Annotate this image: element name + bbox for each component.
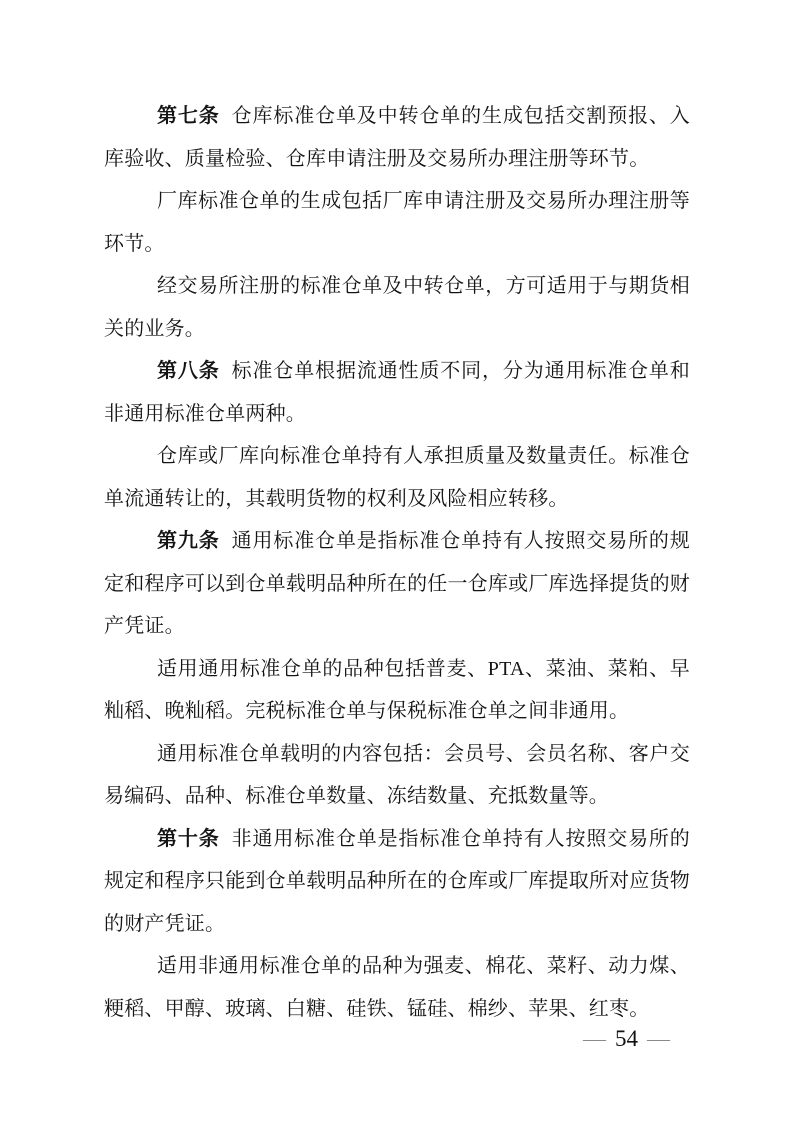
paragraph: 第九条通用标准仓单是指标准仓单持有人按照交易所的规定和程序可以到仓单载明品种所在…	[104, 520, 690, 648]
document-body: 第七条仓库标准仓单及中转仓单的生成包括交割预报、入库验收、质量检验、仓库申请注册…	[104, 95, 690, 1030]
paragraph: 厂库标准仓单的生成包括厂库申请注册及交易所办理注册等环节。	[104, 180, 690, 265]
paragraph-text: 仓库或厂库向标准仓单持有人承担质量及数量责任。标准仓单流通转让的，其载明货物的权…	[104, 445, 690, 510]
paragraph-text: 厂库标准仓单的生成包括厂库申请注册及交易所办理注册等环节。	[104, 190, 690, 255]
paragraph-text: 经交易所注册的标准仓单及中转仓单，方可适用于与期货相关的业务。	[104, 275, 690, 340]
article-number: 第九条	[157, 530, 220, 552]
page-footer: — 54 —	[583, 1026, 670, 1052]
article-number: 第十条	[157, 828, 220, 850]
paragraph: 适用通用标准仓单的品种包括普麦、PTA、菜油、菜粕、早籼稻、晚籼稻。完税标准仓单…	[104, 648, 690, 733]
footer-dash-right: —	[647, 1028, 670, 1050]
paragraph-text: 适用非通用标准仓单的品种为强麦、棉花、菜籽、动力煤、粳稻、甲醇、玻璃、白糖、硅铁…	[104, 955, 690, 1020]
paragraph: 第七条仓库标准仓单及中转仓单的生成包括交割预报、入库验收、质量检验、仓库申请注册…	[104, 95, 690, 180]
paragraph: 通用标准仓单载明的内容包括：会员号、会员名称、客户交易编码、品种、标准仓单数量、…	[104, 733, 690, 818]
page-number: 54	[615, 1026, 638, 1052]
paragraph: 第十条非通用标准仓单是指标准仓单持有人按照交易所的规定和程序只能到仓单载明品种所…	[104, 818, 690, 946]
paragraph: 第八条标准仓单根据流通性质不同，分为通用标准仓单和非通用标准仓单两种。	[104, 350, 690, 435]
paragraph: 适用非通用标准仓单的品种为强麦、棉花、菜籽、动力煤、粳稻、甲醇、玻璃、白糖、硅铁…	[104, 945, 690, 1030]
paragraph: 经交易所注册的标准仓单及中转仓单，方可适用于与期货相关的业务。	[104, 265, 690, 350]
document-page: 第七条仓库标准仓单及中转仓单的生成包括交割预报、入库验收、质量检验、仓库申请注册…	[0, 0, 793, 1122]
paragraph-text: 适用通用标准仓单的品种包括普麦、PTA、菜油、菜粕、早籼稻、晚籼稻。完税标准仓单…	[104, 658, 690, 723]
footer-dash-left: —	[583, 1028, 606, 1050]
article-number: 第七条	[157, 105, 220, 127]
paragraph-text: 通用标准仓单载明的内容包括：会员号、会员名称、客户交易编码、品种、标准仓单数量、…	[104, 743, 690, 808]
article-number: 第八条	[157, 360, 220, 382]
paragraph: 仓库或厂库向标准仓单持有人承担质量及数量责任。标准仓单流通转让的，其载明货物的权…	[104, 435, 690, 520]
